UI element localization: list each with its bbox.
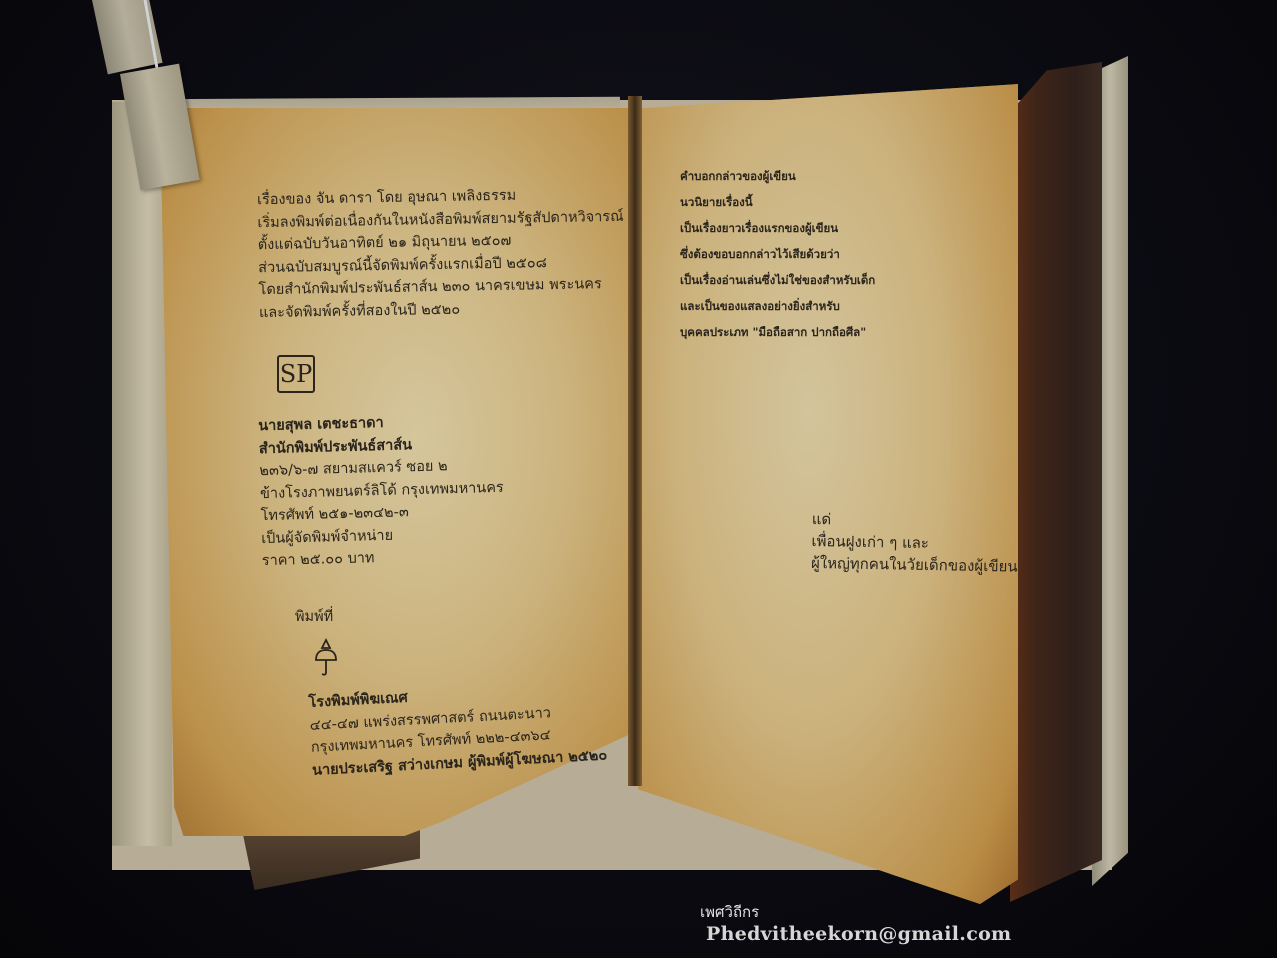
- left-page-printer: โรงพิมพ์พิฆเณศ ๔๔-๔๗ แพร่งสรรพศาสตร์ ถนน…: [308, 677, 608, 782]
- right-page-dedication: แด่ เพื่อนฝูงเก่า ๆ และ ผู้ใหญ่ทุกคนในวั…: [811, 508, 1019, 578]
- printed-at-label: พิมพ์ที่: [295, 606, 333, 629]
- book-gutter: [628, 96, 642, 786]
- right-page-author-note: คำบอกกล่าวของผู้เขียน นวนิยายเรื่องนี้ เ…: [680, 168, 875, 341]
- page-block-fore-edge: [1010, 62, 1102, 902]
- author-note-line: บุคคลประเภท "มือถือสาก ปากถือศีล": [680, 324, 875, 341]
- left-page-publisher: นายสุพล เตชะธาดา สำนักพิมพ์ประพันธ์สาส์น…: [258, 409, 506, 573]
- left-page-intro: เรื่องของ จัน ดารา โดย อุษณา เพลิงธรรม เ…: [257, 183, 626, 324]
- publisher-logo-icon: SP: [277, 355, 315, 393]
- author-note-line: เป็นเรื่องยาวเรื่องแรกของผู้เขียน: [680, 220, 875, 237]
- printer-bell-logo-icon: [312, 638, 340, 678]
- author-note-line: และเป็นของแสลงอย่างยิ่งสำหรับ: [680, 298, 875, 315]
- author-note-line: เป็นเรื่องอ่านเล่นซึ่งไม่ใช่ของสำหรับเด็…: [680, 272, 875, 289]
- author-note-line: ซึ่งต้องขอบอกกล่าวไว้เสียด้วยว่า: [680, 246, 875, 263]
- dedication-line: ผู้ใหญ่ทุกคนในวัยเด็กของผู้เขียน: [811, 552, 1018, 578]
- photo-scene: เรื่องของ จัน ดารา โดย อุษณา เพลิงธรรม เ…: [0, 0, 1277, 958]
- watermark-email: Phedvitheekorn@gmail.com: [706, 923, 1011, 945]
- author-note-title: คำบอกกล่าวของผู้เขียน: [680, 168, 875, 185]
- watermark-name: เพศวิถีกร: [700, 900, 759, 924]
- author-note-line: นวนิยายเรื่องนี้: [680, 194, 875, 211]
